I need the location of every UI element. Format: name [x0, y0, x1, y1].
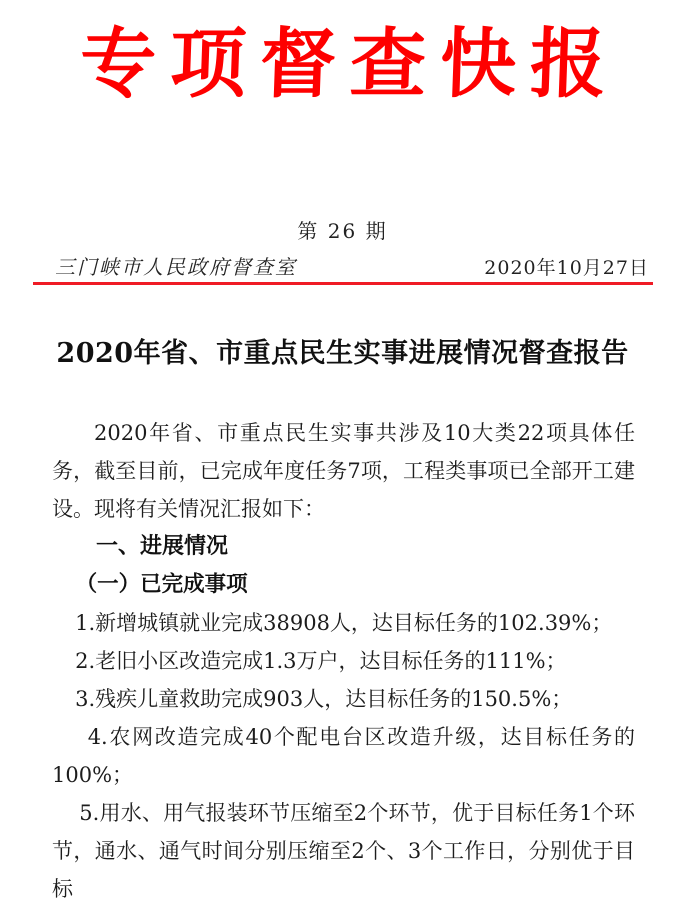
masthead-title: 专项督查快报	[64, 16, 621, 111]
bulletin-page: 专项督查快报 第 26 期 三门峡市人民政府督查室 2020年10月27日 20…	[0, 0, 685, 916]
issue-number: 第 26 期	[0, 215, 685, 244]
completed-item: 5.用水、用气报装环节压缩至2个环节，优于目标任务1个环节，通水、通气时间分别压…	[52, 794, 635, 908]
completed-item: 4.农网改造完成40个配电台区改造升级，达目标任务的100%；	[52, 718, 635, 794]
intro-paragraph: 2020年省、市重点民生实事共涉及10大类22项具体任务，截至目前，已完成年度任…	[52, 414, 635, 528]
issue-date: 2020年10月27日	[484, 253, 649, 280]
completed-item: 3.残疾儿童救助完成903人，达目标任务的150.5%；	[52, 680, 635, 718]
masthead: 专项督查快报	[0, 0, 685, 111]
section-heading-progress: 一、进展情况	[52, 528, 635, 566]
report-title: 2020年省、市重点民生实事进展情况督查报告	[0, 331, 685, 370]
header-rule-row: 三门峡市人民政府督查室 2020年10月27日	[33, 251, 653, 285]
completed-item: 1.新增城镇就业完成38908人，达目标任务的102.39%；	[52, 604, 635, 642]
issuer-name: 三门峡市人民政府督查室	[55, 251, 297, 280]
completed-item: 2.老旧小区改造完成1.3万户，达目标任务的111%；	[52, 642, 635, 680]
report-body: 2020年省、市重点民生实事共涉及10大类22项具体任务，截至目前，已完成年度任…	[0, 414, 685, 908]
subsection-heading-completed: （一）已完成事项	[52, 566, 635, 604]
